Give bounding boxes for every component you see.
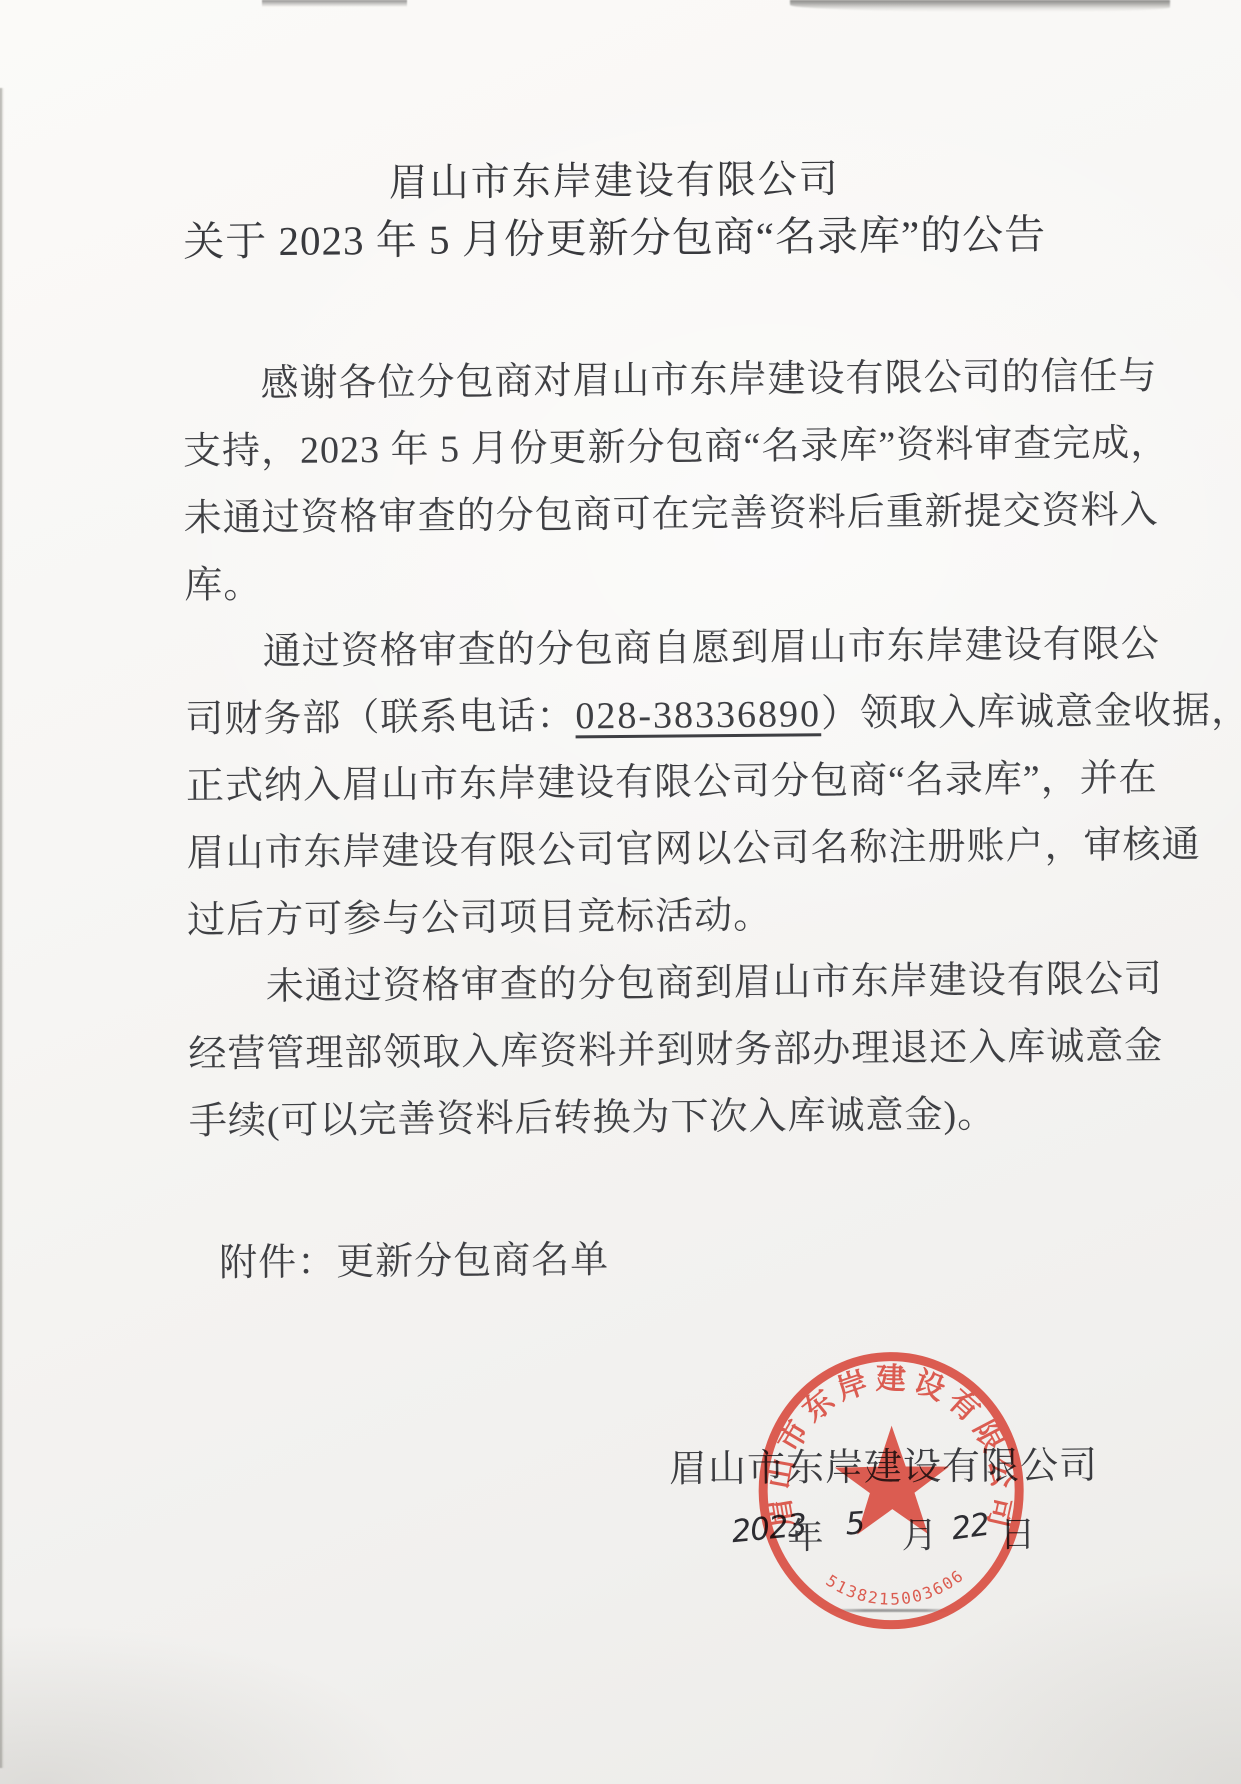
attachment-line: 附件：更新分包商名单 bbox=[219, 1228, 609, 1286]
phone-line-prefix: 司财务部（联系电话： bbox=[185, 695, 575, 740]
document-content: 眉山市东岸建设有限公司 关于 2023 年 5 月份更新分包商“名录库”的公告 … bbox=[0, 0, 1241, 1784]
scanned-document-page: 眉山市东岸建设有限公司 关于 2023 年 5 月份更新分包商“名录库”的公告 … bbox=[0, 0, 1241, 1784]
body-line: 未通过资格审查的分包商可在完善资料后重新提交资料入 bbox=[183, 478, 1084, 553]
body-line: 支持，2023 年 5 月份更新分包商“名录库”资料审查完成， bbox=[183, 411, 1084, 486]
body-line: 过后方可参与公司项目竞标活动。 bbox=[187, 880, 1088, 955]
body-text: 感谢各位分包商对眉山市东岸建设有限公司的信任与 支持，2023 年 5 月份更新… bbox=[182, 344, 1089, 1156]
body-line: 正式纳入眉山市东岸建设有限公司分包商“名录库”，并在 bbox=[186, 746, 1087, 821]
seal-star-icon bbox=[834, 1425, 949, 1534]
body-line: 通过资格审查的分包商自愿到眉山市东岸建设有限公 bbox=[185, 612, 1086, 687]
company-seal-stamp: 眉山市东岸建设有限公司 5138215003606 bbox=[740, 1344, 1043, 1667]
phone-number: 028-38336890 bbox=[575, 693, 821, 737]
phone-line-suffix: ）领取入库诚意金收据， bbox=[821, 689, 1241, 735]
seal-serial-number: 5138215003606 bbox=[822, 1565, 968, 1609]
announcement-title: 关于 2023 年 5 月份更新分包商“名录库”的公告 bbox=[0, 200, 1235, 270]
body-line: 经营管理部领取入库资料并到财务部办理退还入库诚意金 bbox=[188, 1014, 1089, 1089]
body-line: 手续(可以完善资料后转换为下次入库诚意金)。 bbox=[189, 1081, 1090, 1156]
body-line-with-phone: 司财务部（联系电话：028-38336890）领取入库诚意金收据， bbox=[185, 679, 1086, 754]
body-line: 库。 bbox=[184, 545, 1085, 620]
body-line: 感谢各位分包商对眉山市东岸建设有限公司的信任与 bbox=[182, 344, 1083, 419]
body-line: 眉山市东岸建设有限公司官网以公司名称注册账户，审核通 bbox=[186, 813, 1087, 888]
body-line: 未通过资格审查的分包商到眉山市东岸建设有限公司 bbox=[187, 947, 1088, 1022]
